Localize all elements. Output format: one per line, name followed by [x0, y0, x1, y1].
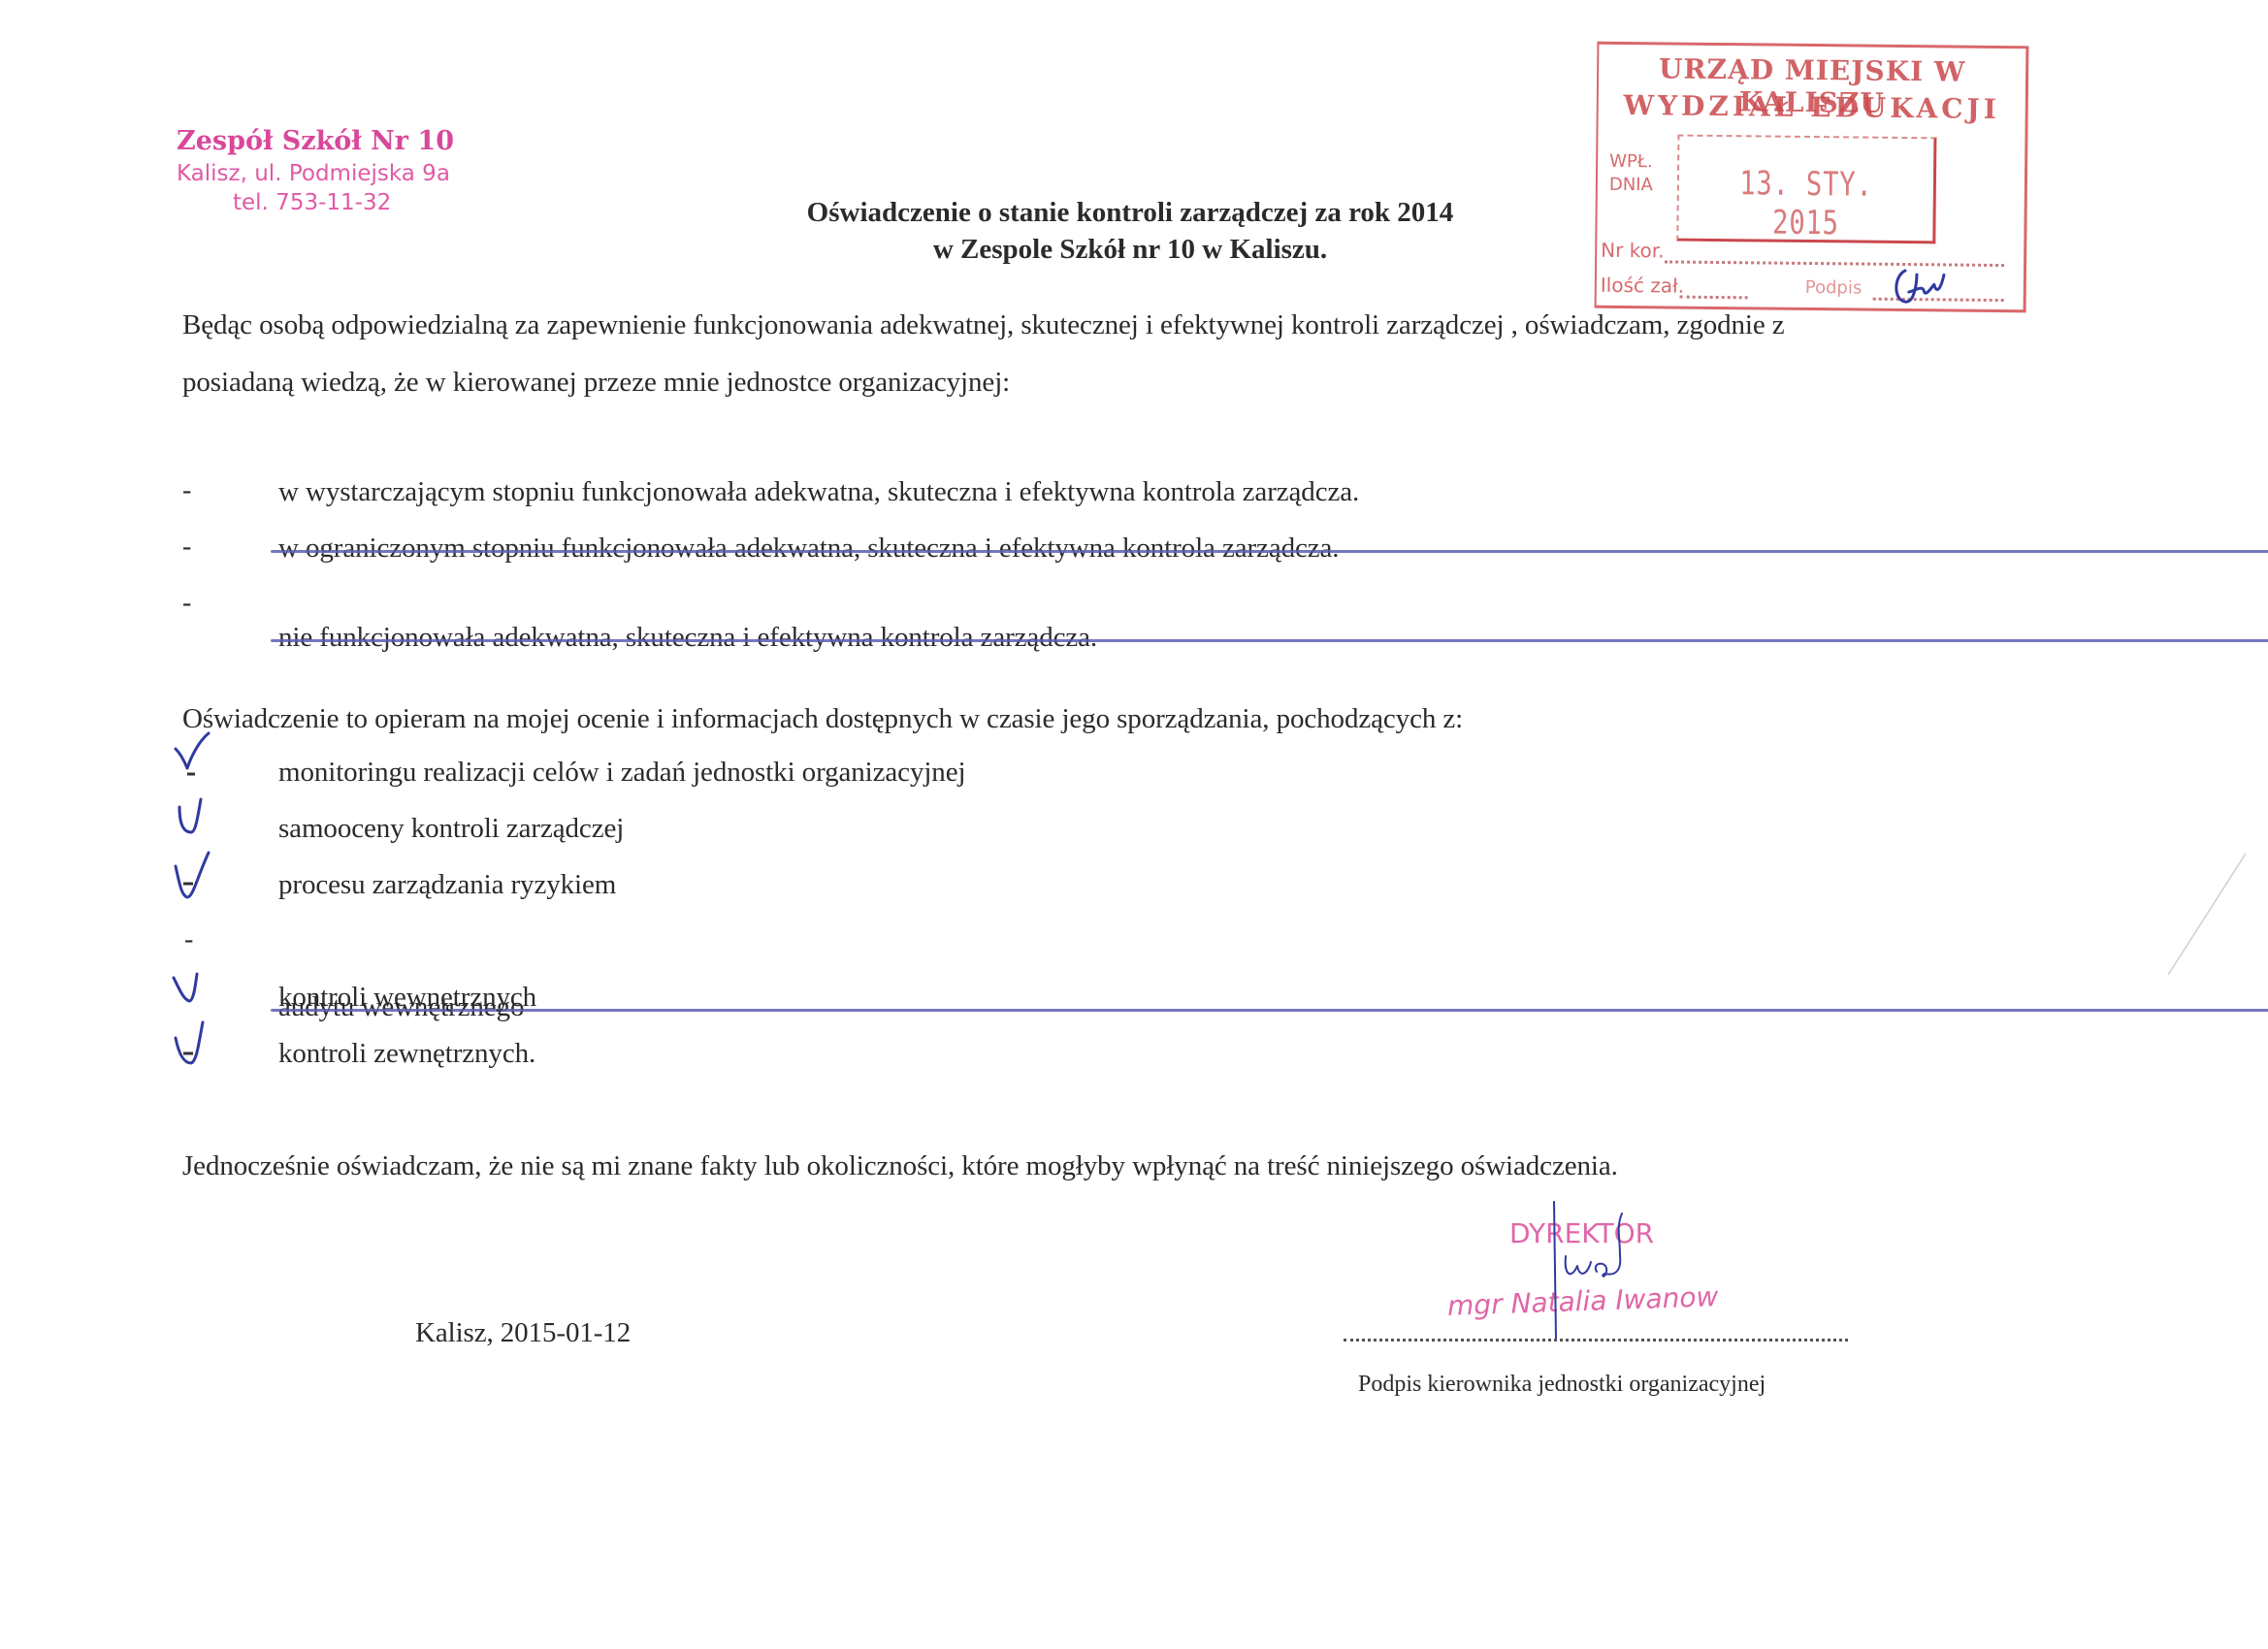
source-item: kontroli zewnętrznych. [278, 1037, 535, 1070]
check-mark-icon [170, 849, 218, 907]
assessment-option-struck: w ograniczonym stopniu funkcjonowała ade… [278, 532, 2268, 565]
registry-stamp-line2: WYDZIAŁ EDUKACJI [1599, 89, 2025, 126]
scan-artifact-line [2158, 844, 2255, 989]
assessment-bullet: - [182, 475, 191, 506]
signature-line [1344, 1339, 1848, 1342]
school-address: Kalisz, ul. Podmiejska 9a [177, 161, 450, 186]
assessment-bullet: - [182, 532, 191, 563]
sources-intro: Oświadczenie to opieram na mojej ocenie … [182, 702, 1463, 735]
source-item: samooceny kontroli zarządczej [278, 812, 624, 845]
check-mark-icon [170, 970, 218, 1014]
received-date: 13. STY. 2015 [1703, 164, 1907, 243]
document-title-line2: w Zespole Szkół nr 10 w Kaliszu. [645, 234, 1615, 266]
assessment-bullet: - [182, 588, 191, 619]
document-title-line1: Oświadczenie o stanie kontroli zarządcze… [645, 197, 1615, 229]
registry-stamp: URZĄD MIEJSKI W KALISZU WYDZIAŁ EDUKACJI… [1595, 42, 2029, 313]
source-bullet: - [184, 924, 193, 955]
declaration-text: Jednocześnie oświadczam, że nie są mi zn… [182, 1149, 1618, 1182]
check-mark-icon [170, 795, 218, 844]
assessment-option: w wystarczającym stopniu funkcjonowała a… [278, 475, 1359, 508]
registry-signature-scribble [1888, 263, 1957, 312]
attachments-label: Ilość zał. [1601, 274, 1685, 298]
source-item-struck: audytu wewnętrznego [278, 990, 2268, 1023]
assessment-option-struck: nie funkcjonowała adekwatna, skuteczna i… [278, 621, 2268, 654]
source-item: procesu zarządzania ryzykiem [278, 868, 616, 901]
attachments-line [1680, 296, 1748, 300]
registry-signature-label: Podpis [1805, 277, 1863, 299]
school-phone: tel. 753-11-32 [233, 190, 391, 215]
intro-line2: posiadaną wiedzą, że w kierowanej przeze… [182, 366, 1010, 399]
source-item: kontroli wewnętrznych [278, 981, 536, 1014]
source-item: monitoringu realizacji celów i zadań jed… [278, 756, 965, 789]
received-day-label: DNIA [1609, 175, 1653, 195]
intro-line1: Będąc osobą odpowiedzialną za zapewnieni… [182, 308, 1785, 341]
check-mark-icon [170, 729, 218, 788]
check-mark-icon [170, 1018, 218, 1075]
received-date-box: 13. STY. 2015 [1676, 135, 1936, 244]
place-date: Kalisz, 2015-01-12 [415, 1316, 631, 1349]
director-signature [1533, 1198, 1669, 1343]
signature-caption: Podpis kierownika jednostki organizacyjn… [1358, 1372, 1766, 1398]
received-label: WPŁ. [1609, 151, 1653, 172]
school-name: Zespół Szkół Nr 10 [177, 126, 454, 156]
